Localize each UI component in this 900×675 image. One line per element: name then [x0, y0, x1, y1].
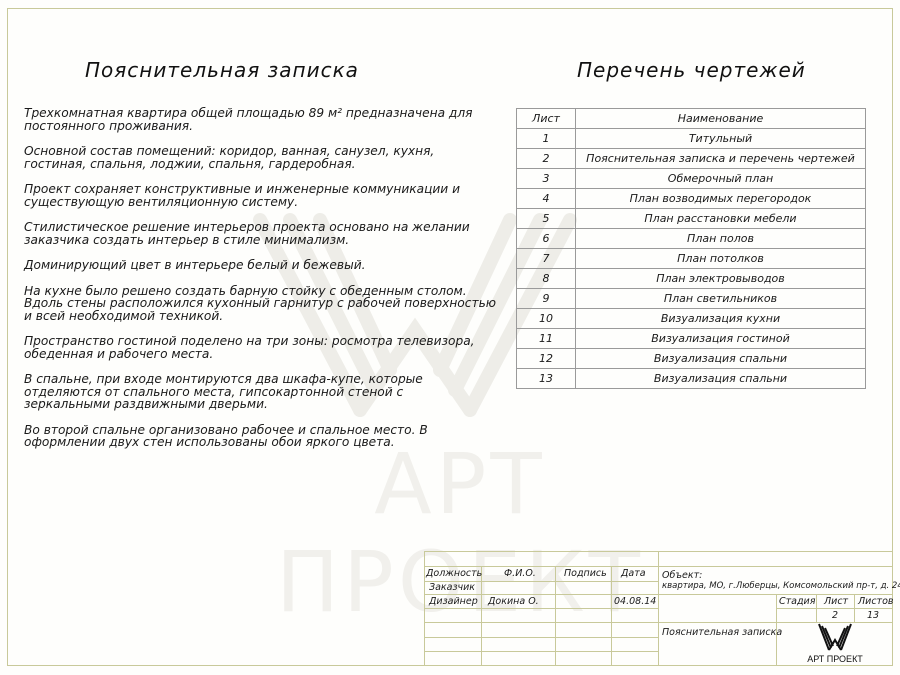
tb-object-value: квартира, МО, г.Люберцы, Комсомольский п…: [662, 581, 900, 591]
table-row: 5План расстановки мебели: [517, 209, 866, 229]
note-title: Пояснительная записка: [85, 58, 359, 82]
note-paragraph: Во второй спальне организовано рабочее и…: [24, 424, 509, 449]
tb-sheet-value: 2: [832, 610, 838, 621]
tb-fio: Докина О.: [488, 596, 539, 607]
row-sheet-number: 1: [517, 129, 576, 149]
tb-stage-label: Стадия: [779, 596, 815, 607]
logo-text: АРТ ПРОЕКТ: [805, 654, 865, 664]
note-paragraph: На кухне было решено создать барную стой…: [24, 285, 509, 323]
row-drawing-name: Титульный: [576, 129, 866, 149]
table-row: 7План потолков: [517, 249, 866, 269]
tb-header-role: Должность: [426, 568, 482, 579]
tb-header-fio: Ф.И.О.: [504, 568, 536, 579]
note-paragraph: Стилистическое решение интерьеров проект…: [24, 221, 509, 246]
drawings-list-title: Перечень чертежей: [577, 58, 806, 82]
note-paragraph: Доминирующий цвет в интерьере белый и бе…: [24, 259, 509, 272]
row-sheet-number: 6: [517, 229, 576, 249]
tb-role: Дизайнер: [429, 596, 478, 607]
header-sheet: Лист: [517, 109, 576, 129]
row-sheet-number: 12: [517, 349, 576, 369]
row-drawing-name: План электровыводов: [576, 269, 866, 289]
row-sheet-number: 4: [517, 189, 576, 209]
note-paragraph: Основной состав помещений: коридор, ванн…: [24, 145, 509, 170]
table-row: 9План светильников: [517, 289, 866, 309]
note-paragraph: Трехкомнатная квартира общей площадью 89…: [24, 107, 509, 132]
tb-sheets-label: Листов: [858, 596, 894, 607]
row-drawing-name: План светильников: [576, 289, 866, 309]
table-row: 10Визуализация кухни: [517, 309, 866, 329]
table-row: 8План электровыводов: [517, 269, 866, 289]
row-drawing-name: Визуализация гостиной: [576, 329, 866, 349]
note-paragraph: В спальне, при входе монтируются два шка…: [24, 373, 509, 411]
row-drawing-name: Визуализация кухни: [576, 309, 866, 329]
logo-mark-icon: [805, 622, 865, 652]
tb-role: Заказчик: [429, 582, 475, 593]
row-drawing-name: План полов: [576, 229, 866, 249]
table-row: 6План полов: [517, 229, 866, 249]
art-proekt-logo: АРТ ПРОЕКТ: [805, 622, 865, 666]
table-row: 13Визуализация спальни: [517, 369, 866, 389]
row-sheet-number: 7: [517, 249, 576, 269]
note-paragraph: Проект сохраняет конструктивные и инжене…: [24, 183, 509, 208]
row-drawing-name: Пояснительная записка и перечень чертеже…: [576, 149, 866, 169]
row-sheet-number: 9: [517, 289, 576, 309]
table-row: 11Визуализация гостиной: [517, 329, 866, 349]
table-row: 4План возводимых перегородок: [517, 189, 866, 209]
tb-sheets-value: 13: [867, 610, 879, 621]
note-paragraph: Пространство гостиной поделено на три зо…: [24, 335, 509, 360]
table-row: 1Титульный: [517, 129, 866, 149]
row-drawing-name: Обмерочный план: [576, 169, 866, 189]
note-body: Трехкомнатная квартира общей площадью 89…: [24, 107, 509, 462]
row-sheet-number: 3: [517, 169, 576, 189]
row-sheet-number: 8: [517, 269, 576, 289]
table-row: 3Обмерочный план: [517, 169, 866, 189]
table-row: 2Пояснительная записка и перечень чертеж…: [517, 149, 866, 169]
table-row: 12Визуализация спальни: [517, 349, 866, 369]
tb-date: 04.08.14: [614, 596, 656, 607]
row-drawing-name: Визуализация спальни: [576, 349, 866, 369]
header-name: Наименование: [576, 109, 866, 129]
row-sheet-number: 10: [517, 309, 576, 329]
row-sheet-number: 13: [517, 369, 576, 389]
tb-object-label: Объект:: [662, 570, 702, 581]
tb-header-date: Дата: [621, 568, 646, 579]
tb-sheet-label: Лист: [824, 596, 848, 607]
row-drawing-name: План возводимых перегородок: [576, 189, 866, 209]
row-drawing-name: План расстановки мебели: [576, 209, 866, 229]
row-sheet-number: 5: [517, 209, 576, 229]
row-drawing-name: Визуализация спальни: [576, 369, 866, 389]
row-drawing-name: План потолков: [576, 249, 866, 269]
drawings-table: Лист Наименование 1Титульный2Пояснительн…: [516, 108, 866, 389]
row-sheet-number: 2: [517, 149, 576, 169]
tb-header-sign: Подпись: [564, 568, 607, 579]
row-sheet-number: 11: [517, 329, 576, 349]
table-header-row: Лист Наименование: [517, 109, 866, 129]
tb-document-name: Пояснительная записка: [662, 627, 782, 638]
